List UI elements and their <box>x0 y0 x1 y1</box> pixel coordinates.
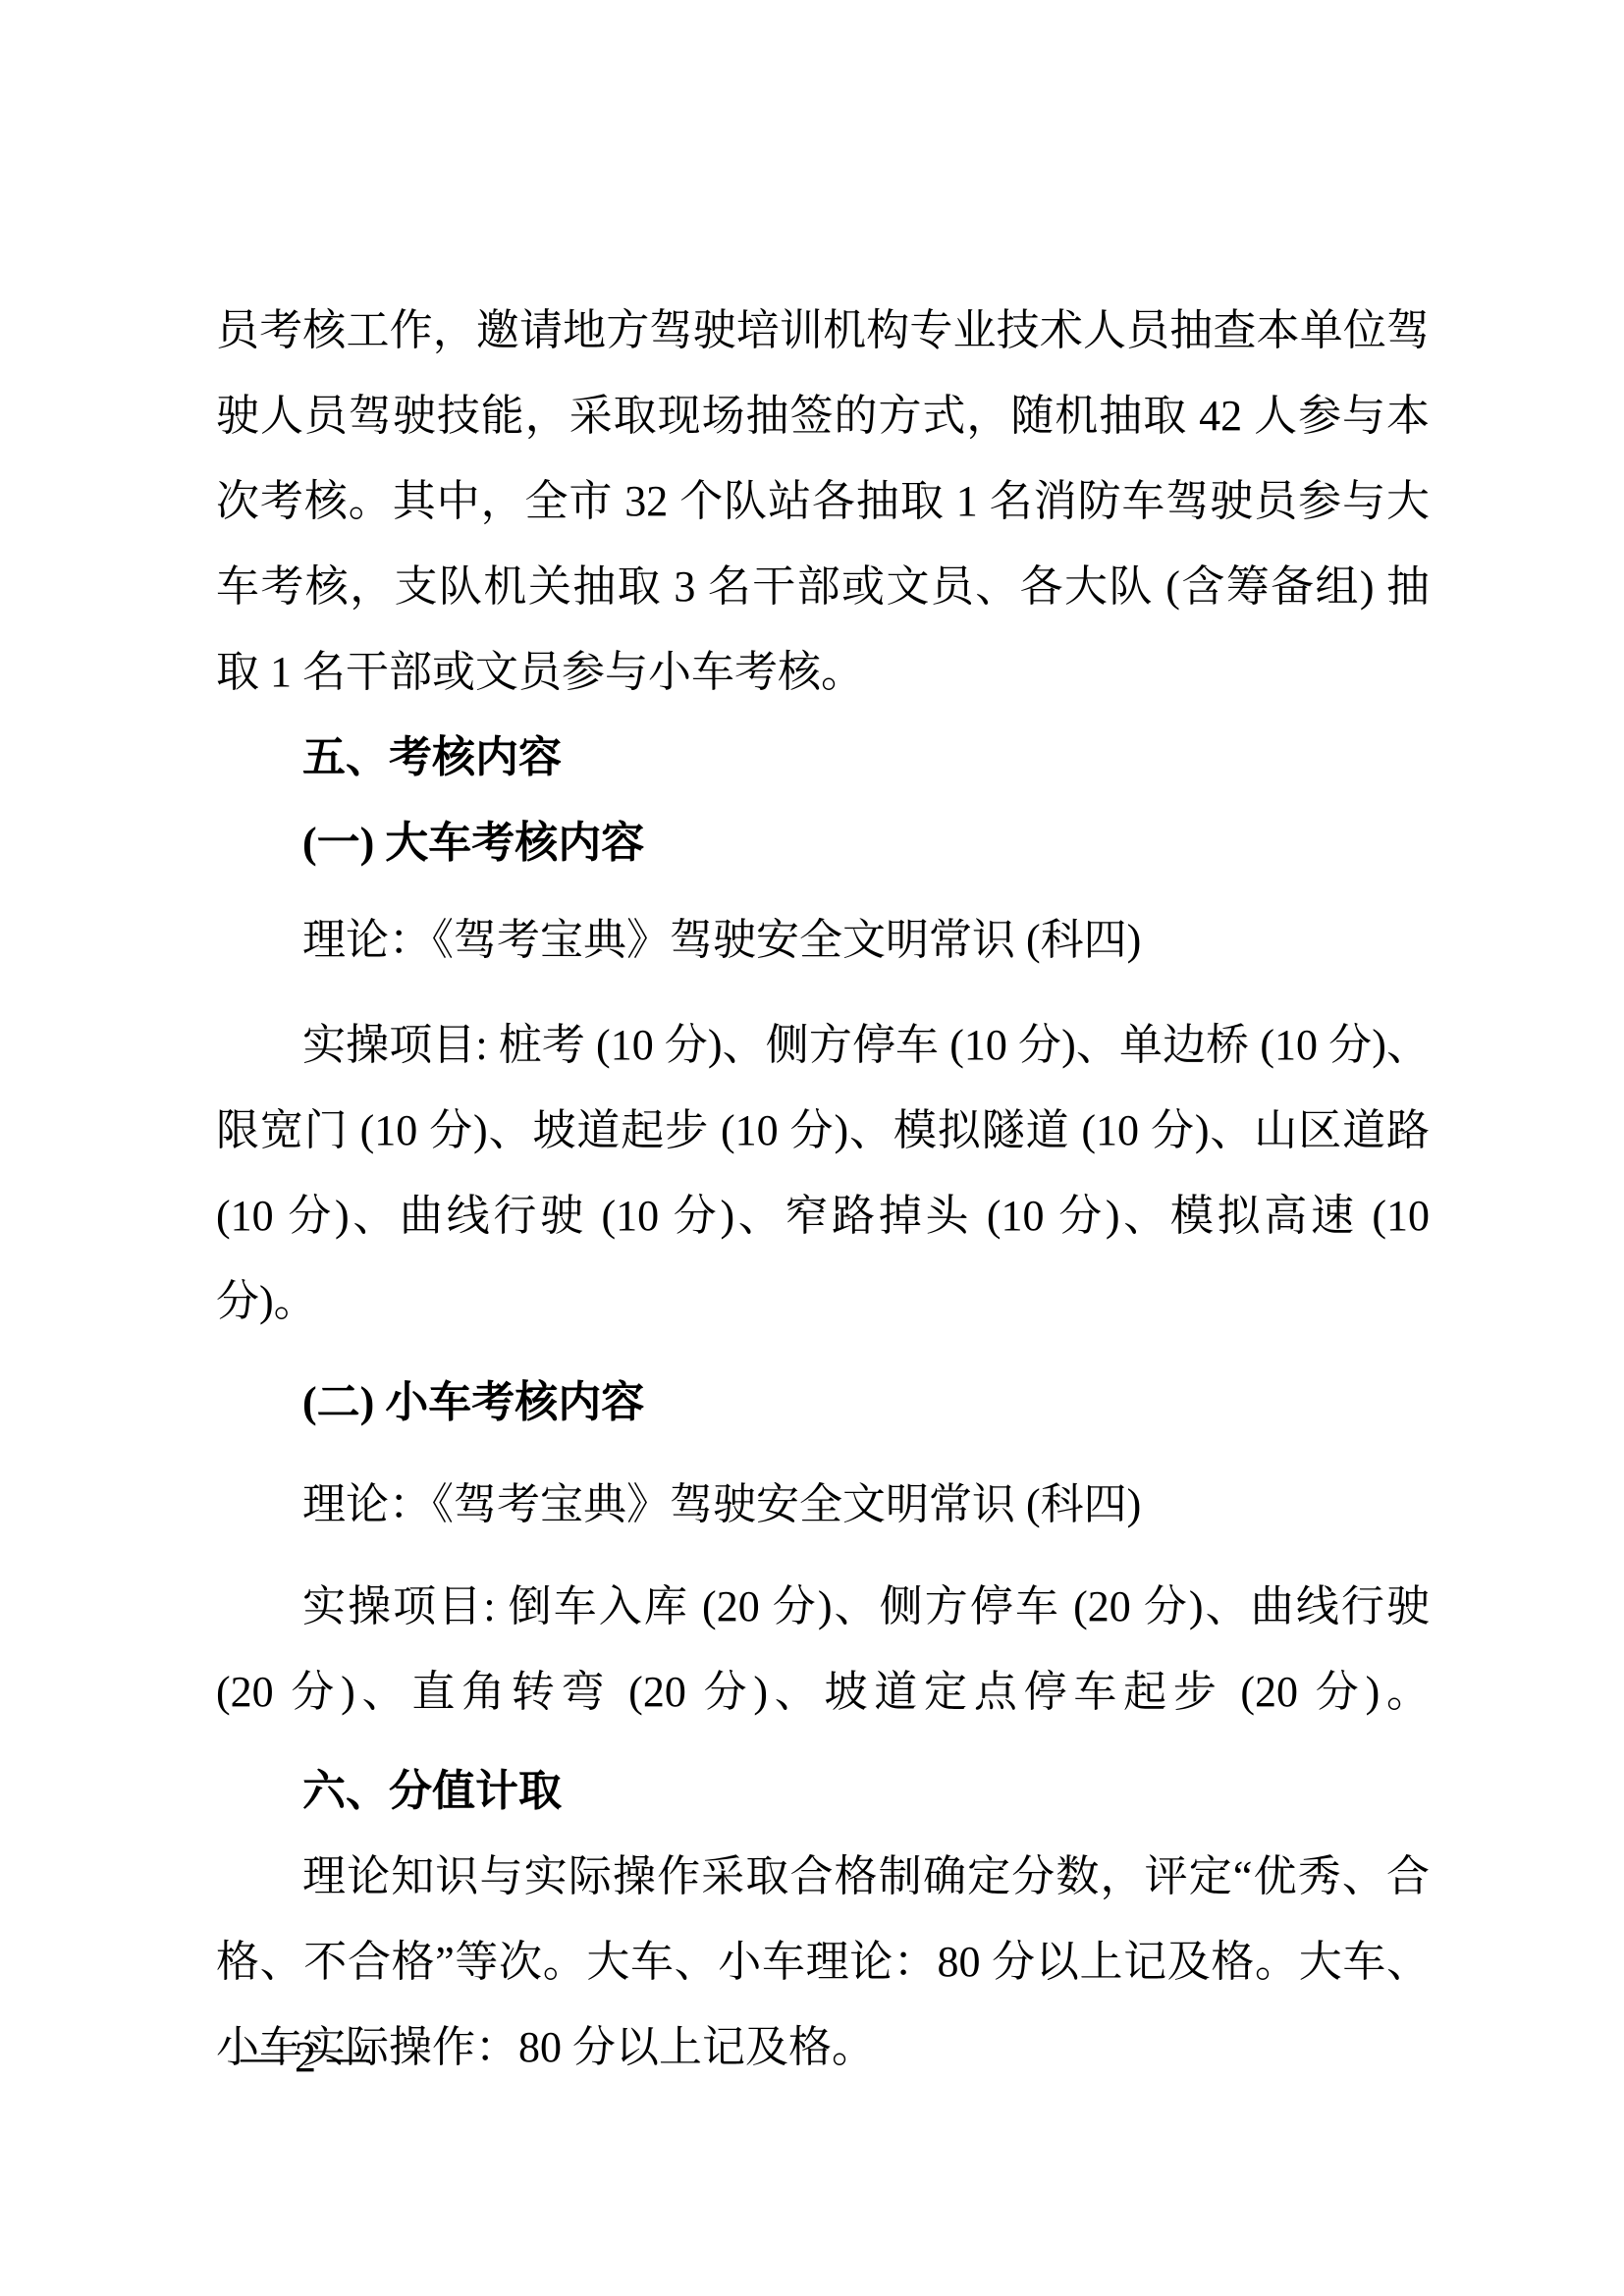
paragraph-theory-big-car: 理论：《驾考宝典》驾驶安全文明常识 (科四) <box>216 897 1430 983</box>
document-body: 员考核工作，邀请地方驾驶培训机构专业技术人员抽查本单位驾驶人员驾驶技能，采取现场… <box>216 288 1430 2090</box>
paragraph-practice-small-car: 实操项目: 倒车入库 (20 分)、侧方停车 (20 分)、曲线行驶 (20 分… <box>216 1564 1430 1735</box>
document-page: 员考核工作，邀请地方驾驶培训机构专业技术人员抽查本单位驾驶人员驾驶技能，采取现场… <box>0 0 1624 2296</box>
heading-section-five: 五、考核内容 <box>216 715 1430 800</box>
paragraph-scoring: 理论知识与实际操作采取合格制确定分数，评定“优秀、合格、不合格”等次。大车、小车… <box>216 1834 1430 2090</box>
paragraph-continuation: 员考核工作，邀请地方驾驶培训机构专业技术人员抽查本单位驾驶人员驾驶技能，采取现场… <box>216 288 1430 715</box>
paragraph-practice-big-car: 实操项目: 桩考 (10 分)、侧方停车 (10 分)、单边桥 (10 分)、限… <box>216 1002 1430 1344</box>
paragraph-theory-small-car: 理论：《驾考宝典》驾驶安全文明常识 (科四) <box>216 1462 1430 1547</box>
page-number: — 2 — <box>241 2014 370 2100</box>
heading-item-two-small-car: (二) 小车考核内容 <box>216 1360 1430 1445</box>
heading-item-one-big-car: (一) 大车考核内容 <box>216 800 1430 885</box>
heading-section-six: 六、分值计取 <box>216 1748 1430 1834</box>
